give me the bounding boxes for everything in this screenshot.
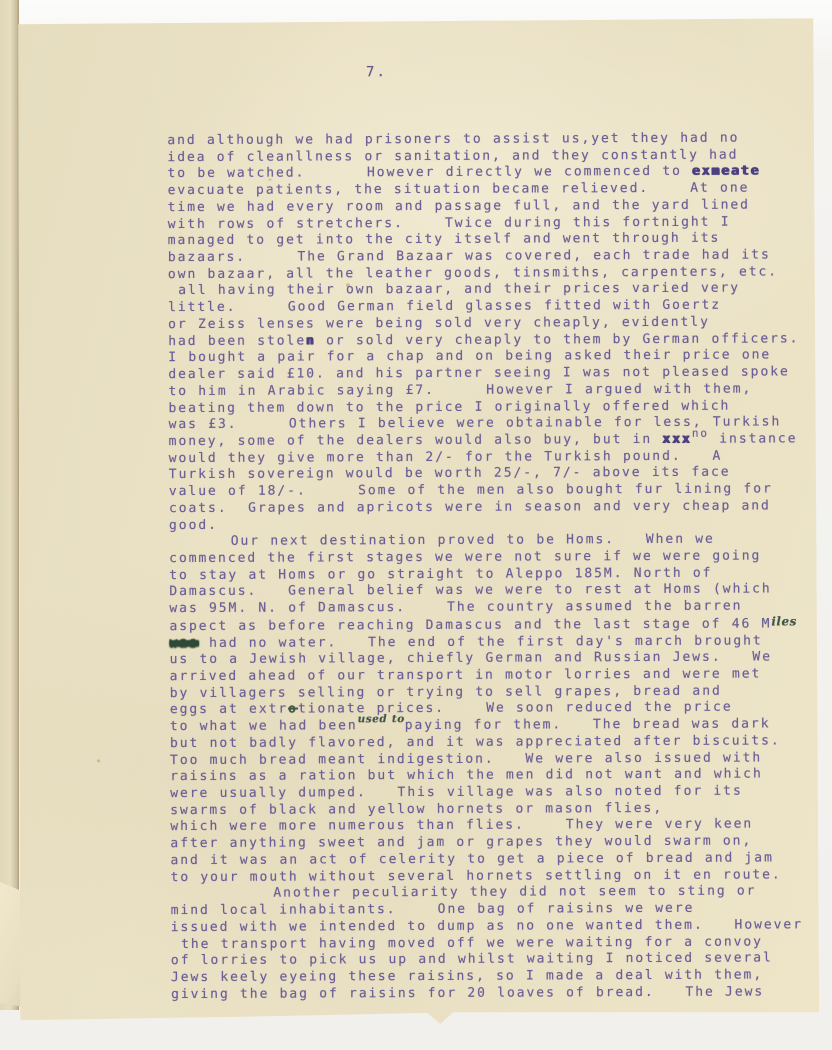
underlying-page-edge [0, 0, 19, 1010]
paper-speck [97, 759, 100, 762]
document-text: and although we had prisoners to assist … [167, 130, 816, 1003]
text-line: Another peculiarity they did not seem to… [171, 884, 816, 904]
text-line: giving the bag of raisins for 20 loaves … [171, 984, 816, 1004]
document-page: 7. and although we had prisoners to assi… [16, 18, 819, 1025]
text-line: little. Good German field glasses fitted… [168, 297, 813, 317]
text-line: were usually dumped. This village was al… [170, 783, 815, 803]
page-number: 7. [366, 64, 387, 80]
text-line: coats. Grapes and apricots were in seaso… [169, 498, 814, 518]
text-line: commenced the first stages we were not s… [169, 548, 814, 568]
